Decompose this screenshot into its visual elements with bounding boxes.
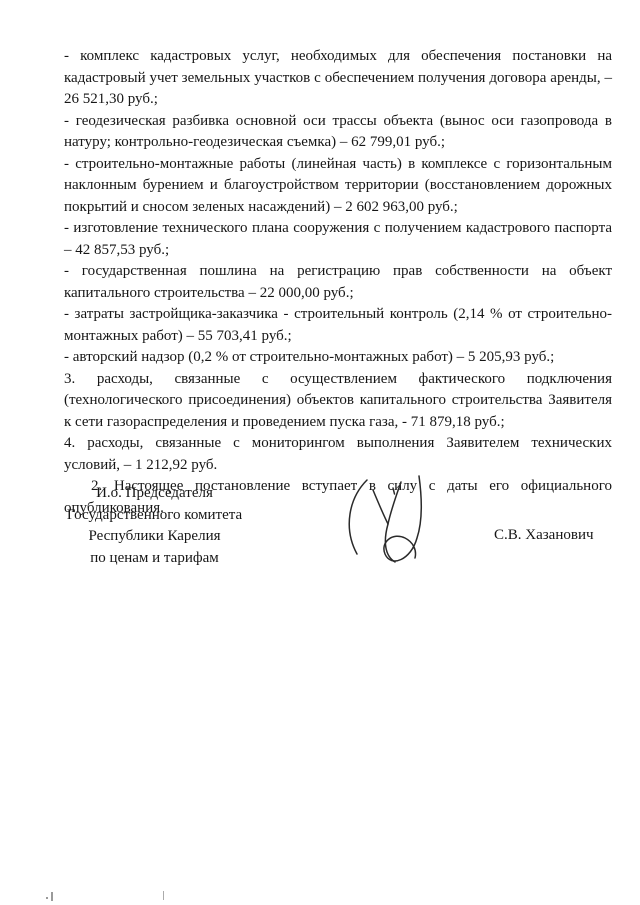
- scan-artifact: [163, 891, 164, 900]
- signatory-position-line: Государственного комитета: [52, 505, 257, 527]
- document-page: - комплекс кадастровых услуг, необходимы…: [0, 0, 640, 905]
- cost-list-item: - изготовление технического плана сооруж…: [64, 218, 612, 261]
- cost-list-item: 3. расходы, связанные с осуществлением ф…: [64, 369, 612, 434]
- signatory-position-line: Республики Карелия: [52, 526, 257, 548]
- cost-list-item: - государственная пошлина на регистрацию…: [64, 261, 612, 304]
- document-body: - комплекс кадастровых услуг, необходимы…: [64, 46, 612, 519]
- cost-list-item: - затраты застройщика-заказчика - строит…: [64, 304, 612, 347]
- cost-list-item: - строительно-монтажные работы (линейная…: [64, 154, 612, 219]
- handwritten-signature: [333, 470, 441, 572]
- scan-artifact: [51, 892, 53, 901]
- signatory-position-line: по ценам и тарифам: [52, 548, 257, 570]
- cost-list-item: - комплекс кадастровых услуг, необходимы…: [64, 46, 612, 111]
- signature-scribble-icon: [333, 470, 441, 572]
- signatory-position-block: И.о. Председателя Государственного комит…: [52, 483, 257, 569]
- signatory-position-line: И.о. Председателя: [52, 483, 257, 505]
- cost-list-item: - авторский надзор (0,2 % от строительно…: [64, 347, 612, 369]
- scan-artifact: [46, 897, 48, 899]
- signatory-name: С.В. Хазанович: [494, 526, 594, 544]
- cost-list-item: - геодезическая разбивка основной оси тр…: [64, 111, 612, 154]
